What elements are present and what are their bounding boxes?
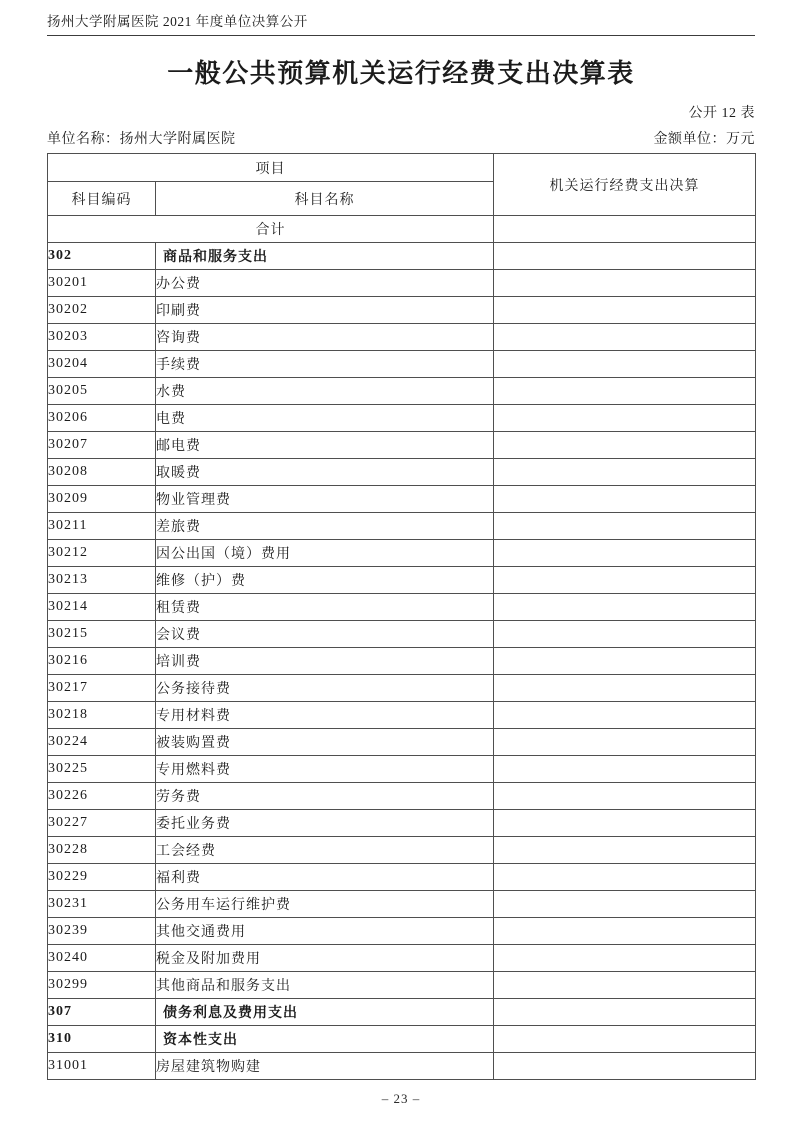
row-name-cell: 培训费 (156, 648, 494, 675)
row-name-cell: 电费 (156, 405, 494, 432)
row-code-cell: 30229 (48, 864, 156, 891)
row-value-cell (494, 1053, 756, 1080)
row-name-cell: 手续费 (156, 351, 494, 378)
table-row: 302 商品和服务支出 (48, 243, 756, 270)
table-header-row-1: 项目 机关运行经费支出决算 (48, 154, 756, 182)
row-code-cell: 30204 (48, 351, 156, 378)
budget-table: 项目 机关运行经费支出决算 科目编码 科目名称 合计 302 商品和服务支出 3… (47, 153, 756, 1080)
row-name-cell: 公务用车运行维护费 (156, 891, 494, 918)
row-name-cell: 取暖费 (156, 459, 494, 486)
row-value-cell (494, 702, 756, 729)
row-value-cell (494, 756, 756, 783)
row-name-cell: 维修（护）费 (156, 567, 494, 594)
row-value-cell (494, 783, 756, 810)
row-name-cell: 物业管理费 (156, 486, 494, 513)
row-value-cell (494, 459, 756, 486)
table-row: 30202 印刷费 (48, 297, 756, 324)
row-value-cell (494, 432, 756, 459)
row-value-cell (494, 486, 756, 513)
row-name-cell: 其他交通费用 (156, 918, 494, 945)
table-row: 307 债务利息及费用支出 (48, 999, 756, 1026)
row-code-cell: 30206 (48, 405, 156, 432)
table-row: 30216 培训费 (48, 648, 756, 675)
table-row: 30228 工会经费 (48, 837, 756, 864)
table-row: 30206 电费 (48, 405, 756, 432)
total-label-cell: 合计 (48, 216, 494, 243)
row-code-cell: 30231 (48, 891, 156, 918)
table-row: 30201 办公费 (48, 270, 756, 297)
row-value-cell (494, 729, 756, 756)
row-name-cell: 委托业务费 (156, 810, 494, 837)
row-code-cell: 30211 (48, 513, 156, 540)
row-name-cell: 专用材料费 (156, 702, 494, 729)
table-row: 310 资本性支出 (48, 1026, 756, 1053)
row-value-cell (494, 405, 756, 432)
row-value-cell (494, 918, 756, 945)
total-value-cell (494, 216, 756, 243)
name-header-cell: 科目名称 (156, 182, 494, 216)
table-row: 30211 差旅费 (48, 513, 756, 540)
row-name-cell: 工会经费 (156, 837, 494, 864)
table-row: 30224 被装购置费 (48, 729, 756, 756)
row-code-cell: 30213 (48, 567, 156, 594)
row-value-cell (494, 1026, 756, 1053)
row-value-cell (494, 378, 756, 405)
table-row: 30226 劳务费 (48, 783, 756, 810)
table-row: 30212 因公出国（境）费用 (48, 540, 756, 567)
row-name-cell: 其他商品和服务支出 (156, 972, 494, 999)
page-number: – 23 – (47, 1091, 755, 1107)
total-row: 合计 (48, 216, 756, 243)
row-value-cell (494, 351, 756, 378)
row-name-cell: 印刷费 (156, 297, 494, 324)
page-title: 一般公共预算机关运行经费支出决算表 (47, 58, 755, 89)
table-row: 30213 维修（护）费 (48, 567, 756, 594)
row-code-cell: 30216 (48, 648, 156, 675)
row-code-cell: 30209 (48, 486, 156, 513)
row-code-cell: 30205 (48, 378, 156, 405)
row-code-cell: 30227 (48, 810, 156, 837)
table-row: 30203 咨询费 (48, 324, 756, 351)
row-value-cell (494, 567, 756, 594)
row-value-cell (494, 540, 756, 567)
table-number: 公开 12 表 (47, 102, 755, 122)
row-code-cell: 30240 (48, 945, 156, 972)
row-name-cell: 被装购置费 (156, 729, 494, 756)
row-code-cell: 30214 (48, 594, 156, 621)
row-code-cell: 302 (48, 243, 156, 270)
row-code-cell: 310 (48, 1026, 156, 1053)
row-code-cell: 30202 (48, 297, 156, 324)
row-code-cell: 30226 (48, 783, 156, 810)
row-value-cell (494, 675, 756, 702)
table-row: 30299 其他商品和服务支出 (48, 972, 756, 999)
table-row: 30239 其他交通费用 (48, 918, 756, 945)
row-value-cell (494, 891, 756, 918)
row-name-cell: 差旅费 (156, 513, 494, 540)
row-code-cell: 30203 (48, 324, 156, 351)
row-name-cell: 税金及附加费用 (156, 945, 494, 972)
row-name-cell: 资本性支出 (156, 1026, 494, 1053)
document-page: 扬州大学附属医院 2021 年度单位决算公开 一般公共预算机关运行经费支出决算表… (0, 0, 800, 1107)
row-name-cell: 因公出国（境）费用 (156, 540, 494, 567)
row-value-cell (494, 810, 756, 837)
table-row: 30207 邮电费 (48, 432, 756, 459)
row-name-cell: 办公费 (156, 270, 494, 297)
row-code-cell: 30239 (48, 918, 156, 945)
row-name-cell: 房屋建筑物购建 (156, 1053, 494, 1080)
row-value-cell (494, 297, 756, 324)
table-row: 30225 专用燃料费 (48, 756, 756, 783)
row-code-cell: 30225 (48, 756, 156, 783)
row-value-cell (494, 837, 756, 864)
unit-name: 单位名称：扬州大学附属医院 (47, 128, 236, 148)
row-name-cell: 邮电费 (156, 432, 494, 459)
row-value-cell (494, 648, 756, 675)
row-code-cell: 30201 (48, 270, 156, 297)
row-code-cell: 30228 (48, 837, 156, 864)
table-row: 30217 公务接待费 (48, 675, 756, 702)
row-value-cell (494, 270, 756, 297)
row-code-cell: 307 (48, 999, 156, 1026)
row-value-cell (494, 513, 756, 540)
row-code-cell: 30215 (48, 621, 156, 648)
row-code-cell: 30299 (48, 972, 156, 999)
row-code-cell: 30208 (48, 459, 156, 486)
row-name-cell: 专用燃料费 (156, 756, 494, 783)
table-row: 30205 水费 (48, 378, 756, 405)
project-header-cell: 项目 (48, 154, 494, 182)
value-header-cell: 机关运行经费支出决算 (494, 154, 756, 216)
table-row: 30208 取暖费 (48, 459, 756, 486)
row-name-cell: 福利费 (156, 864, 494, 891)
row-name-cell: 债务利息及费用支出 (156, 999, 494, 1026)
table-row: 30209 物业管理费 (48, 486, 756, 513)
table-row: 30215 会议费 (48, 621, 756, 648)
table-row: 30229 福利费 (48, 864, 756, 891)
row-name-cell: 公务接待费 (156, 675, 494, 702)
row-name-cell: 水费 (156, 378, 494, 405)
row-code-cell: 30212 (48, 540, 156, 567)
table-row: 30218 专用材料费 (48, 702, 756, 729)
row-code-cell: 30217 (48, 675, 156, 702)
row-code-cell: 30218 (48, 702, 156, 729)
row-value-cell (494, 972, 756, 999)
table-row: 30227 委托业务费 (48, 810, 756, 837)
row-name-cell: 咨询费 (156, 324, 494, 351)
row-value-cell (494, 999, 756, 1026)
row-value-cell (494, 621, 756, 648)
table-row: 30214 租赁费 (48, 594, 756, 621)
row-code-cell: 30224 (48, 729, 156, 756)
row-name-cell: 租赁费 (156, 594, 494, 621)
row-value-cell (494, 243, 756, 270)
row-value-cell (494, 594, 756, 621)
row-value-cell (494, 864, 756, 891)
row-value-cell (494, 324, 756, 351)
table-row: 30240 税金及附加费用 (48, 945, 756, 972)
table-meta-row: 单位名称：扬州大学附属医院 金额单位：万元 (47, 128, 755, 148)
table-row: 31001 房屋建筑物购建 (48, 1053, 756, 1080)
amount-unit: 金额单位：万元 (654, 128, 756, 148)
row-name-cell: 会议费 (156, 621, 494, 648)
row-name-cell: 商品和服务支出 (156, 243, 494, 270)
row-code-cell: 31001 (48, 1053, 156, 1080)
row-name-cell: 劳务费 (156, 783, 494, 810)
code-header-cell: 科目编码 (48, 182, 156, 216)
table-row: 30204 手续费 (48, 351, 756, 378)
row-code-cell: 30207 (48, 432, 156, 459)
table-body: 合计 302 商品和服务支出 30201 办公费 30202 印刷费 30203… (48, 216, 756, 1080)
document-header: 扬州大学附属医院 2021 年度单位决算公开 (47, 10, 755, 36)
row-value-cell (494, 945, 756, 972)
table-row: 30231 公务用车运行维护费 (48, 891, 756, 918)
